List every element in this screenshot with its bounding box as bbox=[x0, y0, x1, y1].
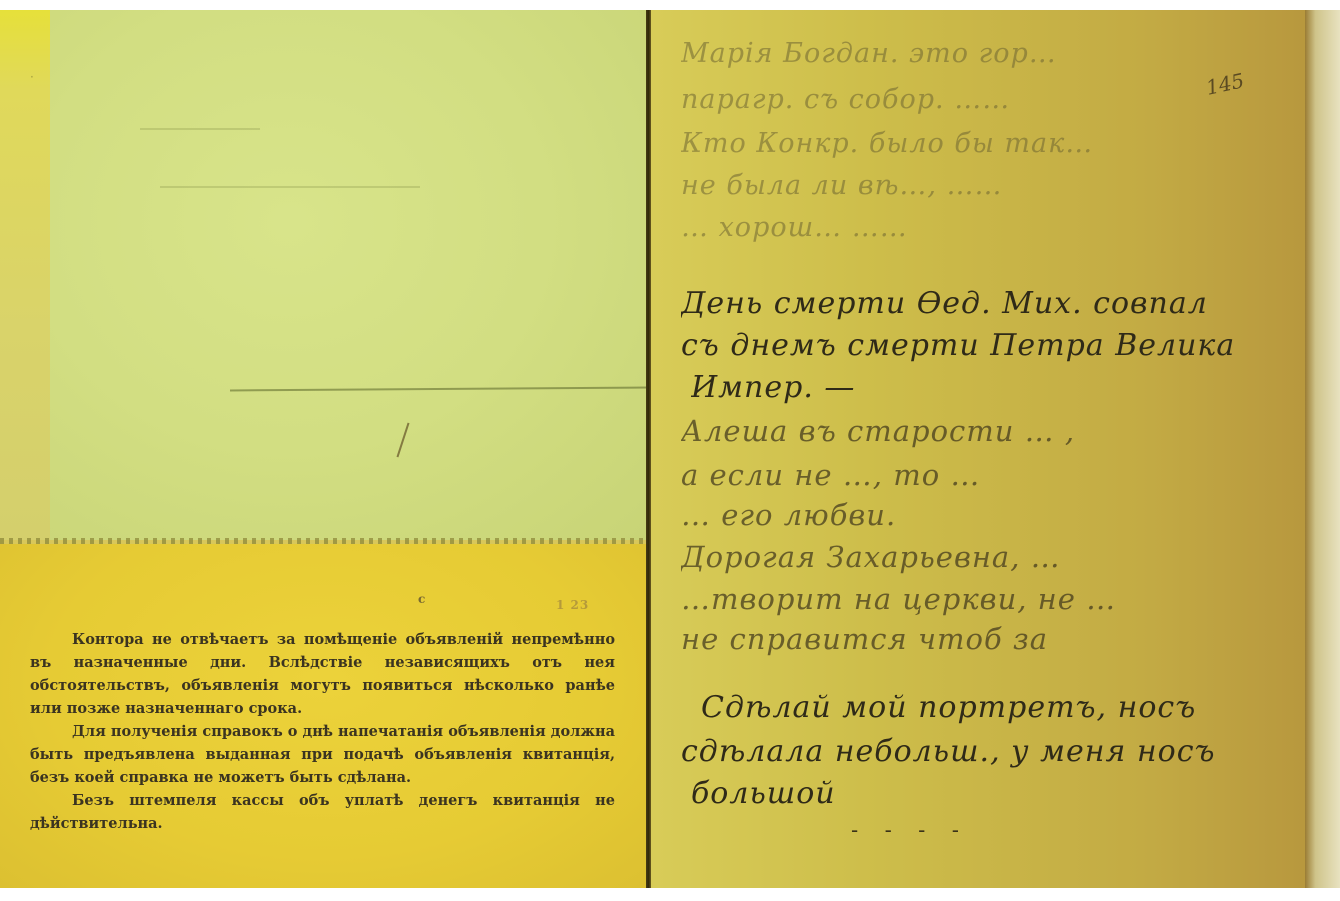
handwritten-line: парагр. съ собор. …… bbox=[681, 84, 1291, 115]
receipt-terms: Контора не отвѣчаетъ за помѣщеніе объявл… bbox=[30, 628, 615, 835]
paper-crease bbox=[230, 387, 648, 392]
notebook-page: 145 Марiя Богдан. это гор…парагр. съ соб… bbox=[651, 10, 1305, 888]
stain-mark: · bbox=[30, 70, 34, 84]
stub-number: 1 23 bbox=[556, 598, 589, 612]
handwritten-line: Алеша въ старости … , bbox=[681, 414, 1291, 448]
handwritten-line: большой bbox=[691, 776, 1301, 811]
handwritten-line: Импер. — bbox=[691, 370, 1301, 405]
handwritten-line: съ днемъ смерти Петра Велика bbox=[681, 328, 1291, 363]
terms-paragraph-3: Безъ штемпеля кассы объ уплатѣ денегъ кв… bbox=[30, 789, 615, 835]
document-photo: · с 1 23 Контора не отвѣчаетъ за помѣщен… bbox=[0, 10, 1340, 888]
handwritten-line: День смерти Ѳед. Мих. совпал bbox=[681, 286, 1291, 321]
handwritten-line: Дорогая Захарьевна, … bbox=[681, 540, 1291, 574]
pen-mark bbox=[396, 423, 409, 458]
handwritten-line: … хорош… …… bbox=[681, 212, 1291, 243]
handwritten-line: а если не …, то … bbox=[681, 458, 1291, 492]
terms-paragraph-2: Для полученія справокъ о днѣ напечатанія… bbox=[30, 720, 615, 789]
faded-print-line bbox=[160, 186, 420, 188]
handwritten-line: … его любви. bbox=[681, 498, 1291, 532]
receipt-stub: с 1 23 Контора не отвѣчаетъ за помѣщеніе… bbox=[0, 544, 648, 888]
handwritten-line: Кто Конкр. было бы так… bbox=[681, 128, 1291, 159]
handwritten-line: Марiя Богдан. это гор… bbox=[681, 38, 1291, 69]
handwritten-line: не справится чтоб за bbox=[681, 622, 1291, 656]
handwritten-line: не была ли вѣ…, …… bbox=[681, 170, 1291, 201]
stub-mark: с bbox=[418, 592, 425, 606]
handwritten-line: Сдѣлай мой портретъ, носъ bbox=[701, 690, 1311, 725]
trailing-marks: - - - - bbox=[851, 818, 969, 842]
handwritten-line: сдѣлала небольш., у меня носъ bbox=[681, 734, 1291, 769]
faded-print-line bbox=[140, 128, 260, 130]
terms-paragraph-1: Контора не отвѣчаетъ за помѣщеніе объявл… bbox=[30, 628, 615, 720]
page-edge bbox=[1305, 10, 1340, 888]
handwritten-line: …творит на церкви, не … bbox=[681, 582, 1291, 616]
receipt-upper-sheet bbox=[50, 10, 648, 540]
